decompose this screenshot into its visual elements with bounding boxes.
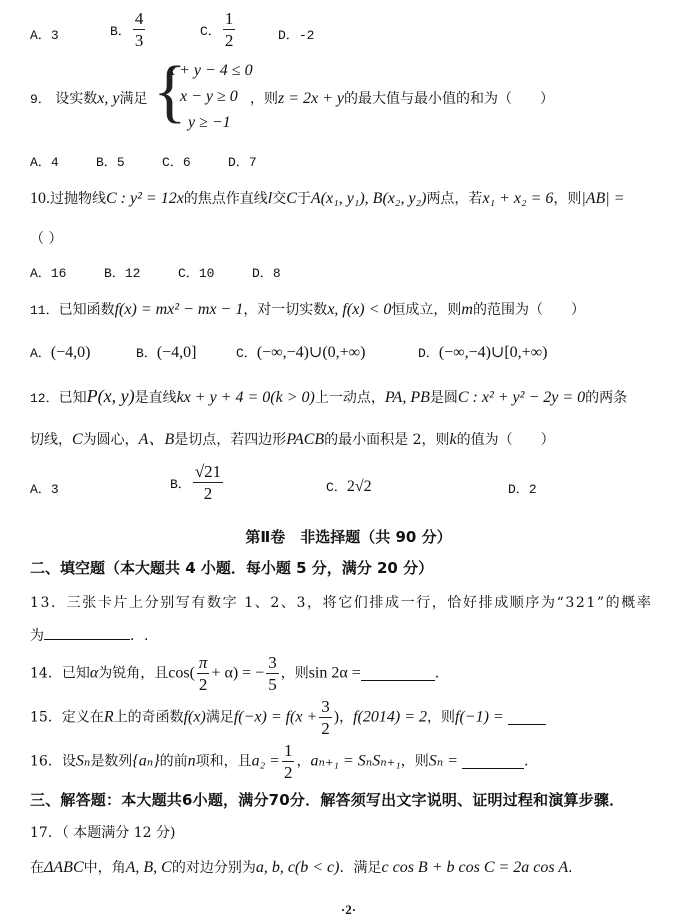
math: a₂ = xyxy=(252,753,280,770)
question-number: 9． xyxy=(30,92,51,107)
question-number: 10. xyxy=(30,190,50,207)
option-label: C． xyxy=(178,266,199,281)
denominator: 2 xyxy=(193,483,223,502)
option-value: 12 xyxy=(125,266,141,281)
math: a, b, c(b < c) xyxy=(256,859,340,876)
numerator: 1 xyxy=(282,742,295,762)
q12-question-line2: 切线，C为圆心，A、B是切点，若四边形PACB的最小面积是 2，则k的值为（ ） xyxy=(30,426,555,449)
q8-option-d: D．-2 xyxy=(278,24,314,43)
q9-options: A．4B．5C．6D．7 xyxy=(30,151,257,170)
text: 恒成立，则 xyxy=(391,302,461,318)
math: c cos B + b cos C = 2a cos A xyxy=(381,859,568,876)
math: PACB xyxy=(286,431,324,448)
option-label: B． xyxy=(170,477,191,492)
option-label: D． xyxy=(418,346,439,361)
q10-options: A．16B．12C．10D．8 xyxy=(30,262,281,281)
constraint-2: x − y ≥ 0 xyxy=(180,88,238,106)
numerator: 3 xyxy=(319,698,332,718)
denominator: 2 xyxy=(319,718,332,737)
option-value: (−∞,−4)∪[0,+∞) xyxy=(439,344,548,361)
text: 已知函数 xyxy=(59,302,115,318)
math: P(x, y) xyxy=(87,386,135,406)
q13-question-line2: 为．. xyxy=(30,625,148,645)
option-value: 6 xyxy=(183,155,191,170)
option-value: 10 xyxy=(199,266,215,281)
math: C : y² = 12x xyxy=(106,190,184,207)
text: 的最小面积是 2，则 xyxy=(324,432,449,448)
option-label: C． xyxy=(200,24,221,39)
q17-question: 在ΔABC中，角A, B, C的对边分别为a, b, c(b < c)．满足c … xyxy=(30,857,582,877)
q8-option-b: B．43 xyxy=(110,10,147,49)
text: ， xyxy=(339,710,353,726)
option-value: 2 xyxy=(529,482,537,497)
fraction: 12 xyxy=(223,10,236,49)
text: 项和，且 xyxy=(196,754,252,770)
answer-blank[interactable] xyxy=(508,710,546,725)
math: |AB| = xyxy=(581,190,624,207)
option-value: 8 xyxy=(273,266,281,281)
option-label: B． xyxy=(104,266,125,281)
question-number: 14． xyxy=(30,666,62,682)
q16-question: 16．设Sₙ是数列{aₙ}的前n项和，且a₂ =12，aₙ₊₁ = SₙSₙ₊₁… xyxy=(30,742,528,781)
q11-option-b: B．(−4,0] xyxy=(136,342,236,362)
numerator: √21 xyxy=(193,463,223,483)
text: 交 xyxy=(272,191,286,207)
q8-option-a: A．3 xyxy=(30,24,59,43)
numerator: 3 xyxy=(266,654,279,674)
q12-option-c: C．2√2 xyxy=(326,476,372,496)
math: f(2014) = 2 xyxy=(353,709,427,726)
option-label: D． xyxy=(228,155,249,170)
math: + α) = − xyxy=(211,665,264,682)
math: C xyxy=(286,190,297,207)
option-label: B． xyxy=(96,155,117,170)
text: 设实数 xyxy=(55,91,97,107)
question-number: 11． xyxy=(30,303,59,318)
math: k xyxy=(450,431,457,448)
text: . xyxy=(435,666,439,682)
q10-answer-paren: （ ） xyxy=(30,228,62,248)
text: 为锐角，且 xyxy=(98,666,168,682)
q13-question-line1: 13．三张卡片上分别写有数字 1、2、3，将它们排成一行，恰好排成顺序为“321… xyxy=(30,592,652,612)
option-value: 4 xyxy=(51,155,59,170)
text: 两点，若 xyxy=(426,191,482,207)
fraction: 43 xyxy=(133,10,146,49)
numerator: 1 xyxy=(223,10,236,30)
text: 是圆 xyxy=(430,390,458,406)
text: 的值为（ ） xyxy=(457,432,555,448)
math: m xyxy=(461,301,473,318)
fraction: 12 xyxy=(282,742,295,781)
math: PA, PB xyxy=(385,389,430,406)
text: 的焦点作直线 xyxy=(184,191,268,207)
fraction: √212 xyxy=(193,463,223,502)
math: Sₙ = xyxy=(429,753,458,770)
question-number: 15． xyxy=(30,710,62,726)
math: x, f(x) < 0 xyxy=(327,301,391,318)
text: ．满足 xyxy=(339,860,381,876)
math: A(x₁, y₁), B(x₂, y₂) xyxy=(311,190,427,207)
q10-option-d: D．8 xyxy=(252,266,281,281)
section2-title: 二、填空题（本大题共 4 小题．每小题 5 分，满分 20 分） xyxy=(30,557,433,578)
q11-option-d: D．(−∞,−4)∪[0,+∞) xyxy=(418,345,547,361)
numerator: 4 xyxy=(133,10,146,30)
option-label: A． xyxy=(30,346,51,361)
text: 满足 xyxy=(119,91,147,107)
math: z = 2x + y xyxy=(278,90,344,107)
q12-option-b: B．√212 xyxy=(170,463,225,502)
math: C xyxy=(72,431,83,448)
text: ．. xyxy=(130,628,148,644)
option-value: 2√2 xyxy=(347,478,372,495)
math: cos( xyxy=(168,665,195,682)
text: . xyxy=(524,754,528,770)
math: f(x) = mx² − mx − 1 xyxy=(115,301,244,318)
text: 上一动点， xyxy=(315,390,385,406)
option-label: D． xyxy=(278,28,299,43)
math: x₁ + x₂ = 6 xyxy=(482,190,553,207)
text: ，则 xyxy=(281,666,309,682)
text: 定义在 xyxy=(62,710,104,726)
text: 的最大值与最小值的和为（ ） xyxy=(344,91,554,107)
question-number: 16． xyxy=(30,754,62,770)
constraint-1: x + y − 4 ≤ 0 xyxy=(168,62,253,80)
q14-question: 14．已知α为锐角，且cos(π2+ α) = −35，则sin 2α =. xyxy=(30,654,439,693)
option-value: 7 xyxy=(249,155,257,170)
q9-option-c: C．6 xyxy=(162,151,228,170)
option-label: A． xyxy=(30,155,51,170)
option-label: D． xyxy=(508,482,529,497)
text: 是直线 xyxy=(135,390,177,406)
q10-option-c: C．10 xyxy=(178,262,252,281)
option-value: 5 xyxy=(117,155,125,170)
question-number: 12． xyxy=(30,391,59,406)
denominator: 3 xyxy=(133,30,146,49)
text: 为 xyxy=(30,628,44,644)
text: 是切点，若四边形 xyxy=(174,432,286,448)
text: ，则 xyxy=(401,754,429,770)
option-label: A． xyxy=(30,266,51,281)
part2-title: 第Ⅱ卷 非选择题（共 90 分） xyxy=(0,526,697,547)
q9-question-tail: ，则z = 2x + y的最大值与最小值的和为（ ） xyxy=(250,88,554,108)
q12-option-d: D．2 xyxy=(508,478,537,497)
math: sin 2α = xyxy=(309,665,361,682)
option-label: D． xyxy=(252,266,273,281)
text: 中，角 xyxy=(84,860,126,876)
numerator: π xyxy=(197,654,210,674)
q12-question-line1: 12．已知P(x, y)是直线kx + y + 4 = 0(k > 0)上一动点… xyxy=(30,386,627,407)
q9-question: 9． 设实数x, y满足 xyxy=(30,88,147,108)
math: n xyxy=(188,753,196,770)
text: 上的奇函数 xyxy=(114,710,184,726)
section3-title: 三、解答题：本大题共6小题，满分70分．解答须写出文字说明、证明过程和演算步骤． xyxy=(30,789,624,810)
q15-question: 15．定义在R上的奇函数f(x)满足f(−x) = f(x +32)，f(201… xyxy=(30,698,546,737)
option-value: 16 xyxy=(51,266,67,281)
answer-blank[interactable] xyxy=(44,625,130,640)
text: 在 xyxy=(30,860,44,876)
math: A、B xyxy=(139,431,175,448)
text: 为圆心， xyxy=(83,432,139,448)
math: Sₙ xyxy=(76,753,90,770)
denominator: 2 xyxy=(223,30,236,49)
answer-blank[interactable] xyxy=(462,754,524,769)
option-value: 3 xyxy=(51,28,59,43)
text: ，则 xyxy=(427,710,455,726)
q11-option-a: A．(−4,0) xyxy=(30,342,136,362)
text: 是数列 xyxy=(90,754,132,770)
q11-options: A．(−4,0)B．(−4,0]C．(−∞,−4)∪(0,+∞)D．(−∞,−4… xyxy=(30,342,547,362)
math: C : x² + y² − 2y = 0 xyxy=(458,389,585,406)
math: {aₙ} xyxy=(132,753,159,770)
q9-option-d: D．7 xyxy=(228,155,257,170)
option-value: (−∞,−4)∪(0,+∞) xyxy=(257,344,366,361)
option-label: B． xyxy=(136,346,157,361)
question-number: 13． xyxy=(30,595,67,611)
q8-option-c: C．12 xyxy=(200,10,237,49)
math: kx + y + 4 = 0(k > 0) xyxy=(177,389,315,406)
denominator: 2 xyxy=(197,674,210,693)
math: f(−x) = f(x + xyxy=(234,709,317,726)
denominator: 2 xyxy=(282,762,295,781)
option-label: C． xyxy=(162,155,183,170)
q12-option-a: A．3 xyxy=(30,478,59,497)
text: 切线， xyxy=(30,432,72,448)
fraction: 35 xyxy=(266,654,279,693)
q10-option-a: A．16 xyxy=(30,262,104,281)
option-label: C． xyxy=(236,346,257,361)
option-value: -2 xyxy=(299,28,315,43)
option-label: B． xyxy=(110,24,131,39)
text: 已知 xyxy=(59,390,87,406)
text: 满足 xyxy=(206,710,234,726)
option-value: (−4,0] xyxy=(157,344,197,361)
q9-option-b: B．5 xyxy=(96,151,162,170)
q10-option-b: B．12 xyxy=(104,262,178,281)
q9-option-a: A．4 xyxy=(30,151,96,170)
text: 三张卡片上分别写有数字 1、2、3，将它们排成一行，恰好排成顺序为“321”的概… xyxy=(67,595,653,611)
text: 过抛物线 xyxy=(50,191,106,207)
math: x, y xyxy=(97,90,119,107)
math: ΔABC xyxy=(44,859,84,876)
q11-question: 11．已知函数f(x) = mx² − mx − 1，对一切实数x, f(x) … xyxy=(30,299,585,319)
math: f(−1) = xyxy=(455,709,504,726)
page-number: ·2· xyxy=(0,902,697,918)
math: R xyxy=(104,709,114,726)
math: α xyxy=(90,665,98,682)
text: 设 xyxy=(62,754,76,770)
fraction: π2 xyxy=(197,654,210,693)
text: 的两条 xyxy=(585,390,627,406)
q17-header: 17．（ 本题满分 12 分) xyxy=(30,822,175,842)
q11-option-c: C．(−∞,−4)∪(0,+∞) xyxy=(236,342,418,362)
math: A, B, C xyxy=(126,859,172,876)
constraint-3: y ≥ −1 xyxy=(188,114,231,132)
text: ，则 xyxy=(250,91,278,107)
text: ，对一切实数 xyxy=(243,302,327,318)
option-value: 3 xyxy=(51,482,59,497)
option-label: A． xyxy=(30,482,51,497)
text: 于 xyxy=(297,191,311,207)
text: ， xyxy=(296,754,310,770)
text: 已知 xyxy=(62,666,90,682)
q10-question: 10.过抛物线C : y² = 12x的焦点作直线l交C于A(x₁, y₁), … xyxy=(30,188,625,208)
text: 的对边分别为 xyxy=(172,860,256,876)
option-value: (−4,0) xyxy=(51,344,91,361)
math: aₙ₊₁ = SₙSₙ₊₁ xyxy=(310,753,400,770)
denominator: 5 xyxy=(266,674,279,693)
text: 的前 xyxy=(160,754,188,770)
option-label: C． xyxy=(326,480,347,495)
option-label: A． xyxy=(30,28,51,43)
answer-blank[interactable] xyxy=(361,666,435,681)
text: ，则 xyxy=(553,191,581,207)
text: 的范围为（ ） xyxy=(473,302,585,318)
fraction: 32 xyxy=(319,698,332,737)
text: ． xyxy=(568,860,582,876)
math: f(x) xyxy=(184,709,206,726)
